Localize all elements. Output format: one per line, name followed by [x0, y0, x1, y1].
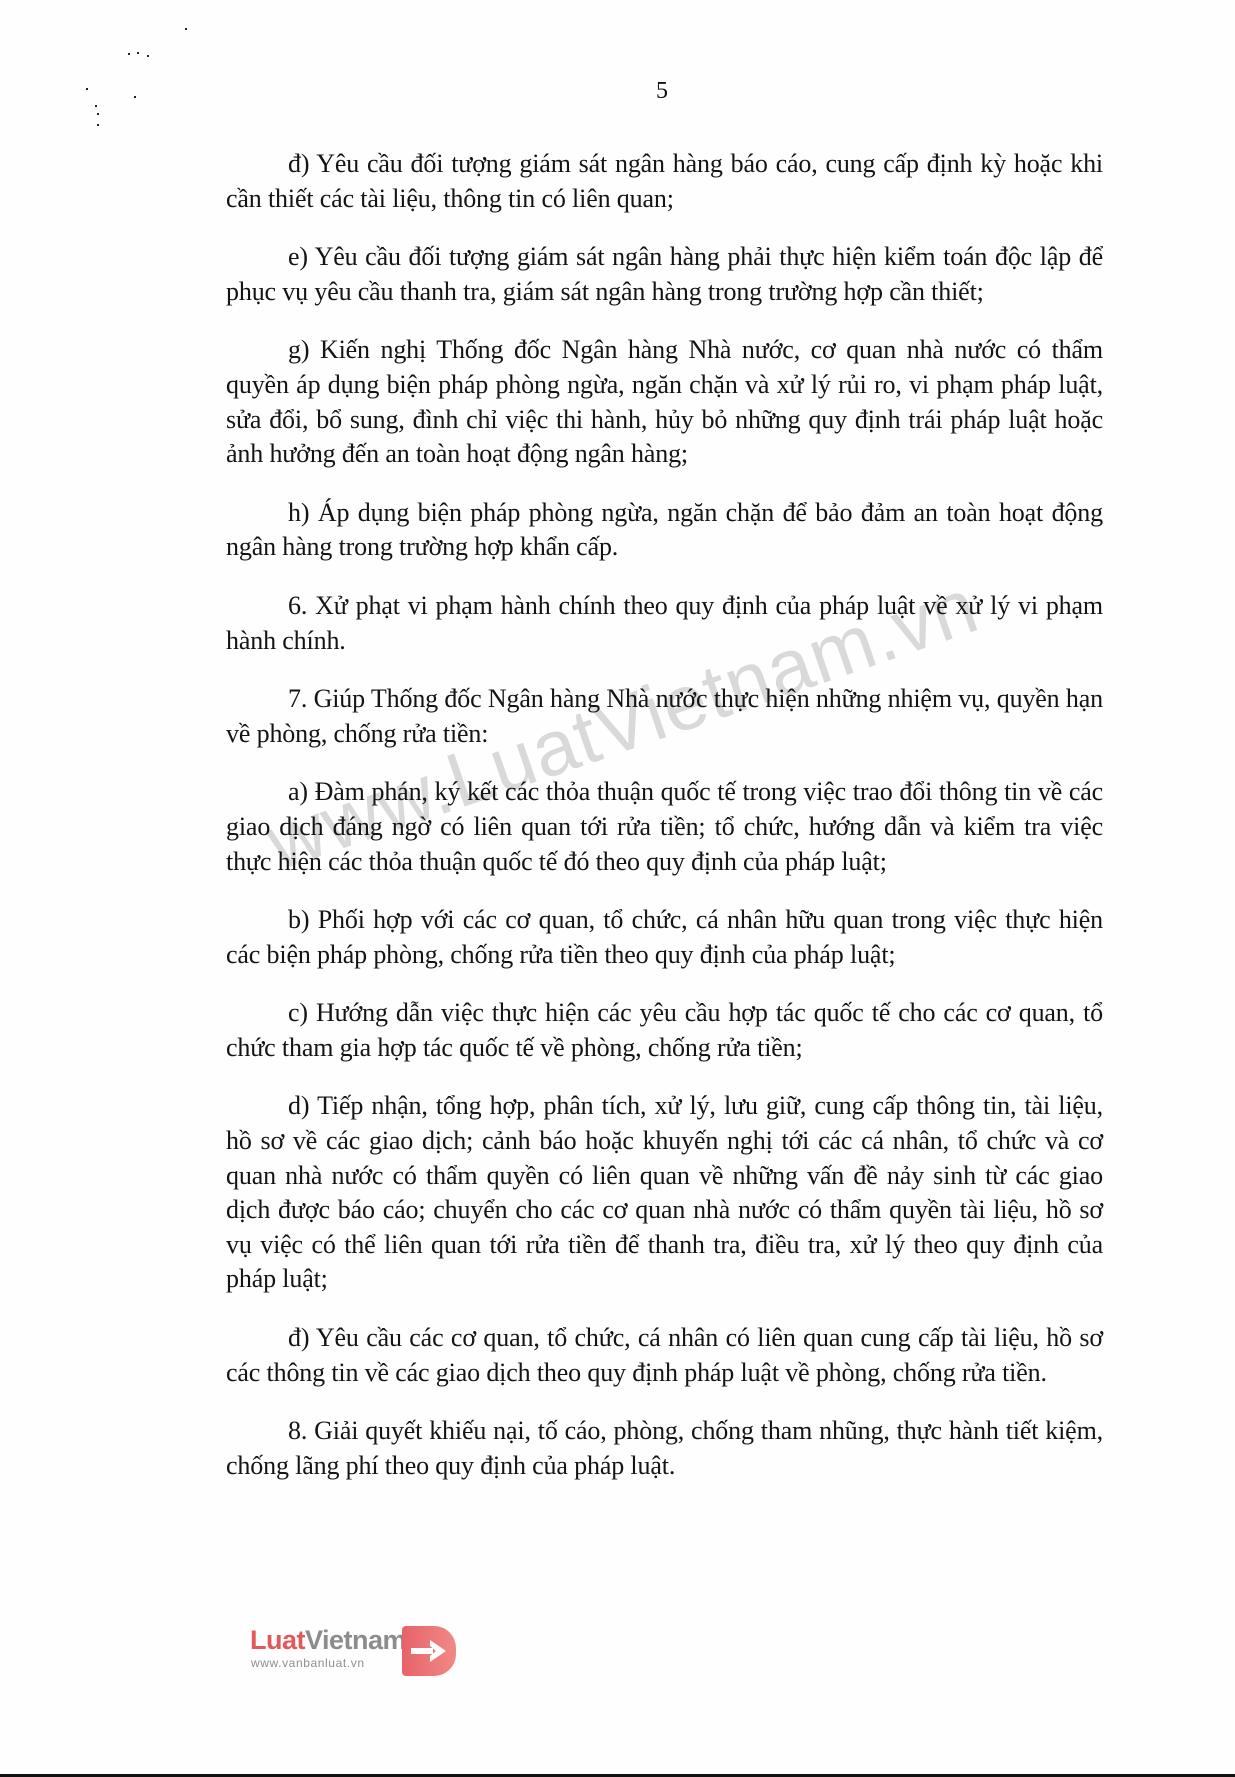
- scan-speck: [134, 96, 136, 98]
- paragraph-item-7d: d) Tiếp nhận, tổng hợp, phân tích, xử lý…: [226, 1089, 1103, 1297]
- paragraph-item-dd: đ) Yêu cầu đối tượng giám sát ngân hàng …: [226, 147, 1103, 216]
- luatvietnam-logo[interactable]: LuatVietnam www.vanbanluat.vn: [250, 1624, 460, 1680]
- paragraph-item-7dd: đ) Yêu cầu các cơ quan, tổ chức, cá nhân…: [226, 1321, 1103, 1390]
- paragraph-item-g: g) Kiến nghị Thống đốc Ngân hàng Nhà nướ…: [226, 333, 1103, 471]
- scan-speck: [86, 88, 88, 90]
- scan-speck: [185, 28, 187, 30]
- logo-brand: LuatVietnam: [250, 1624, 406, 1656]
- paragraph-clause-6: 6. Xử phạt vi phạm hành chính theo quy đ…: [226, 589, 1103, 658]
- page-number: 5: [650, 78, 674, 105]
- logo-url: www.vanbanluat.vn: [251, 1656, 365, 1670]
- scan-speck: [97, 124, 99, 126]
- paragraph-item-7c: c) Hướng dẫn việc thực hiện các yêu cầu …: [226, 996, 1103, 1065]
- scan-speck: [97, 113, 99, 115]
- paragraph-clause-8: 8. Giải quyết khiếu nại, tố cáo, phòng, …: [226, 1414, 1103, 1483]
- scan-speck: [137, 52, 139, 54]
- paragraph-item-e: e) Yêu cầu đối tượng giám sát ngân hàng …: [226, 240, 1103, 309]
- document-page: 5 www.LuatVietnam.vn đ) Yêu cầu đối tượn…: [0, 0, 1235, 1777]
- scan-speck: [95, 105, 97, 107]
- logo-brand-vietnam: Vietnam: [305, 1625, 406, 1655]
- paragraph-item-7a: a) Đàm phán, ký kết các thỏa thuận quốc …: [226, 775, 1103, 879]
- arrow-right-icon: [402, 1626, 456, 1676]
- logo-brand-luat: Luat: [250, 1625, 305, 1655]
- scan-speck: [147, 55, 149, 57]
- scan-speck: [128, 53, 130, 55]
- paragraph-item-7b: b) Phối hợp với các cơ quan, tổ chức, cá…: [226, 903, 1103, 972]
- paragraph-clause-7: 7. Giúp Thống đốc Ngân hàng Nhà nước thự…: [226, 682, 1103, 751]
- paragraph-item-h: h) Áp dụng biện pháp phòng ngừa, ngăn ch…: [226, 496, 1103, 565]
- document-body: đ) Yêu cầu đối tượng giám sát ngân hàng …: [226, 147, 1103, 1507]
